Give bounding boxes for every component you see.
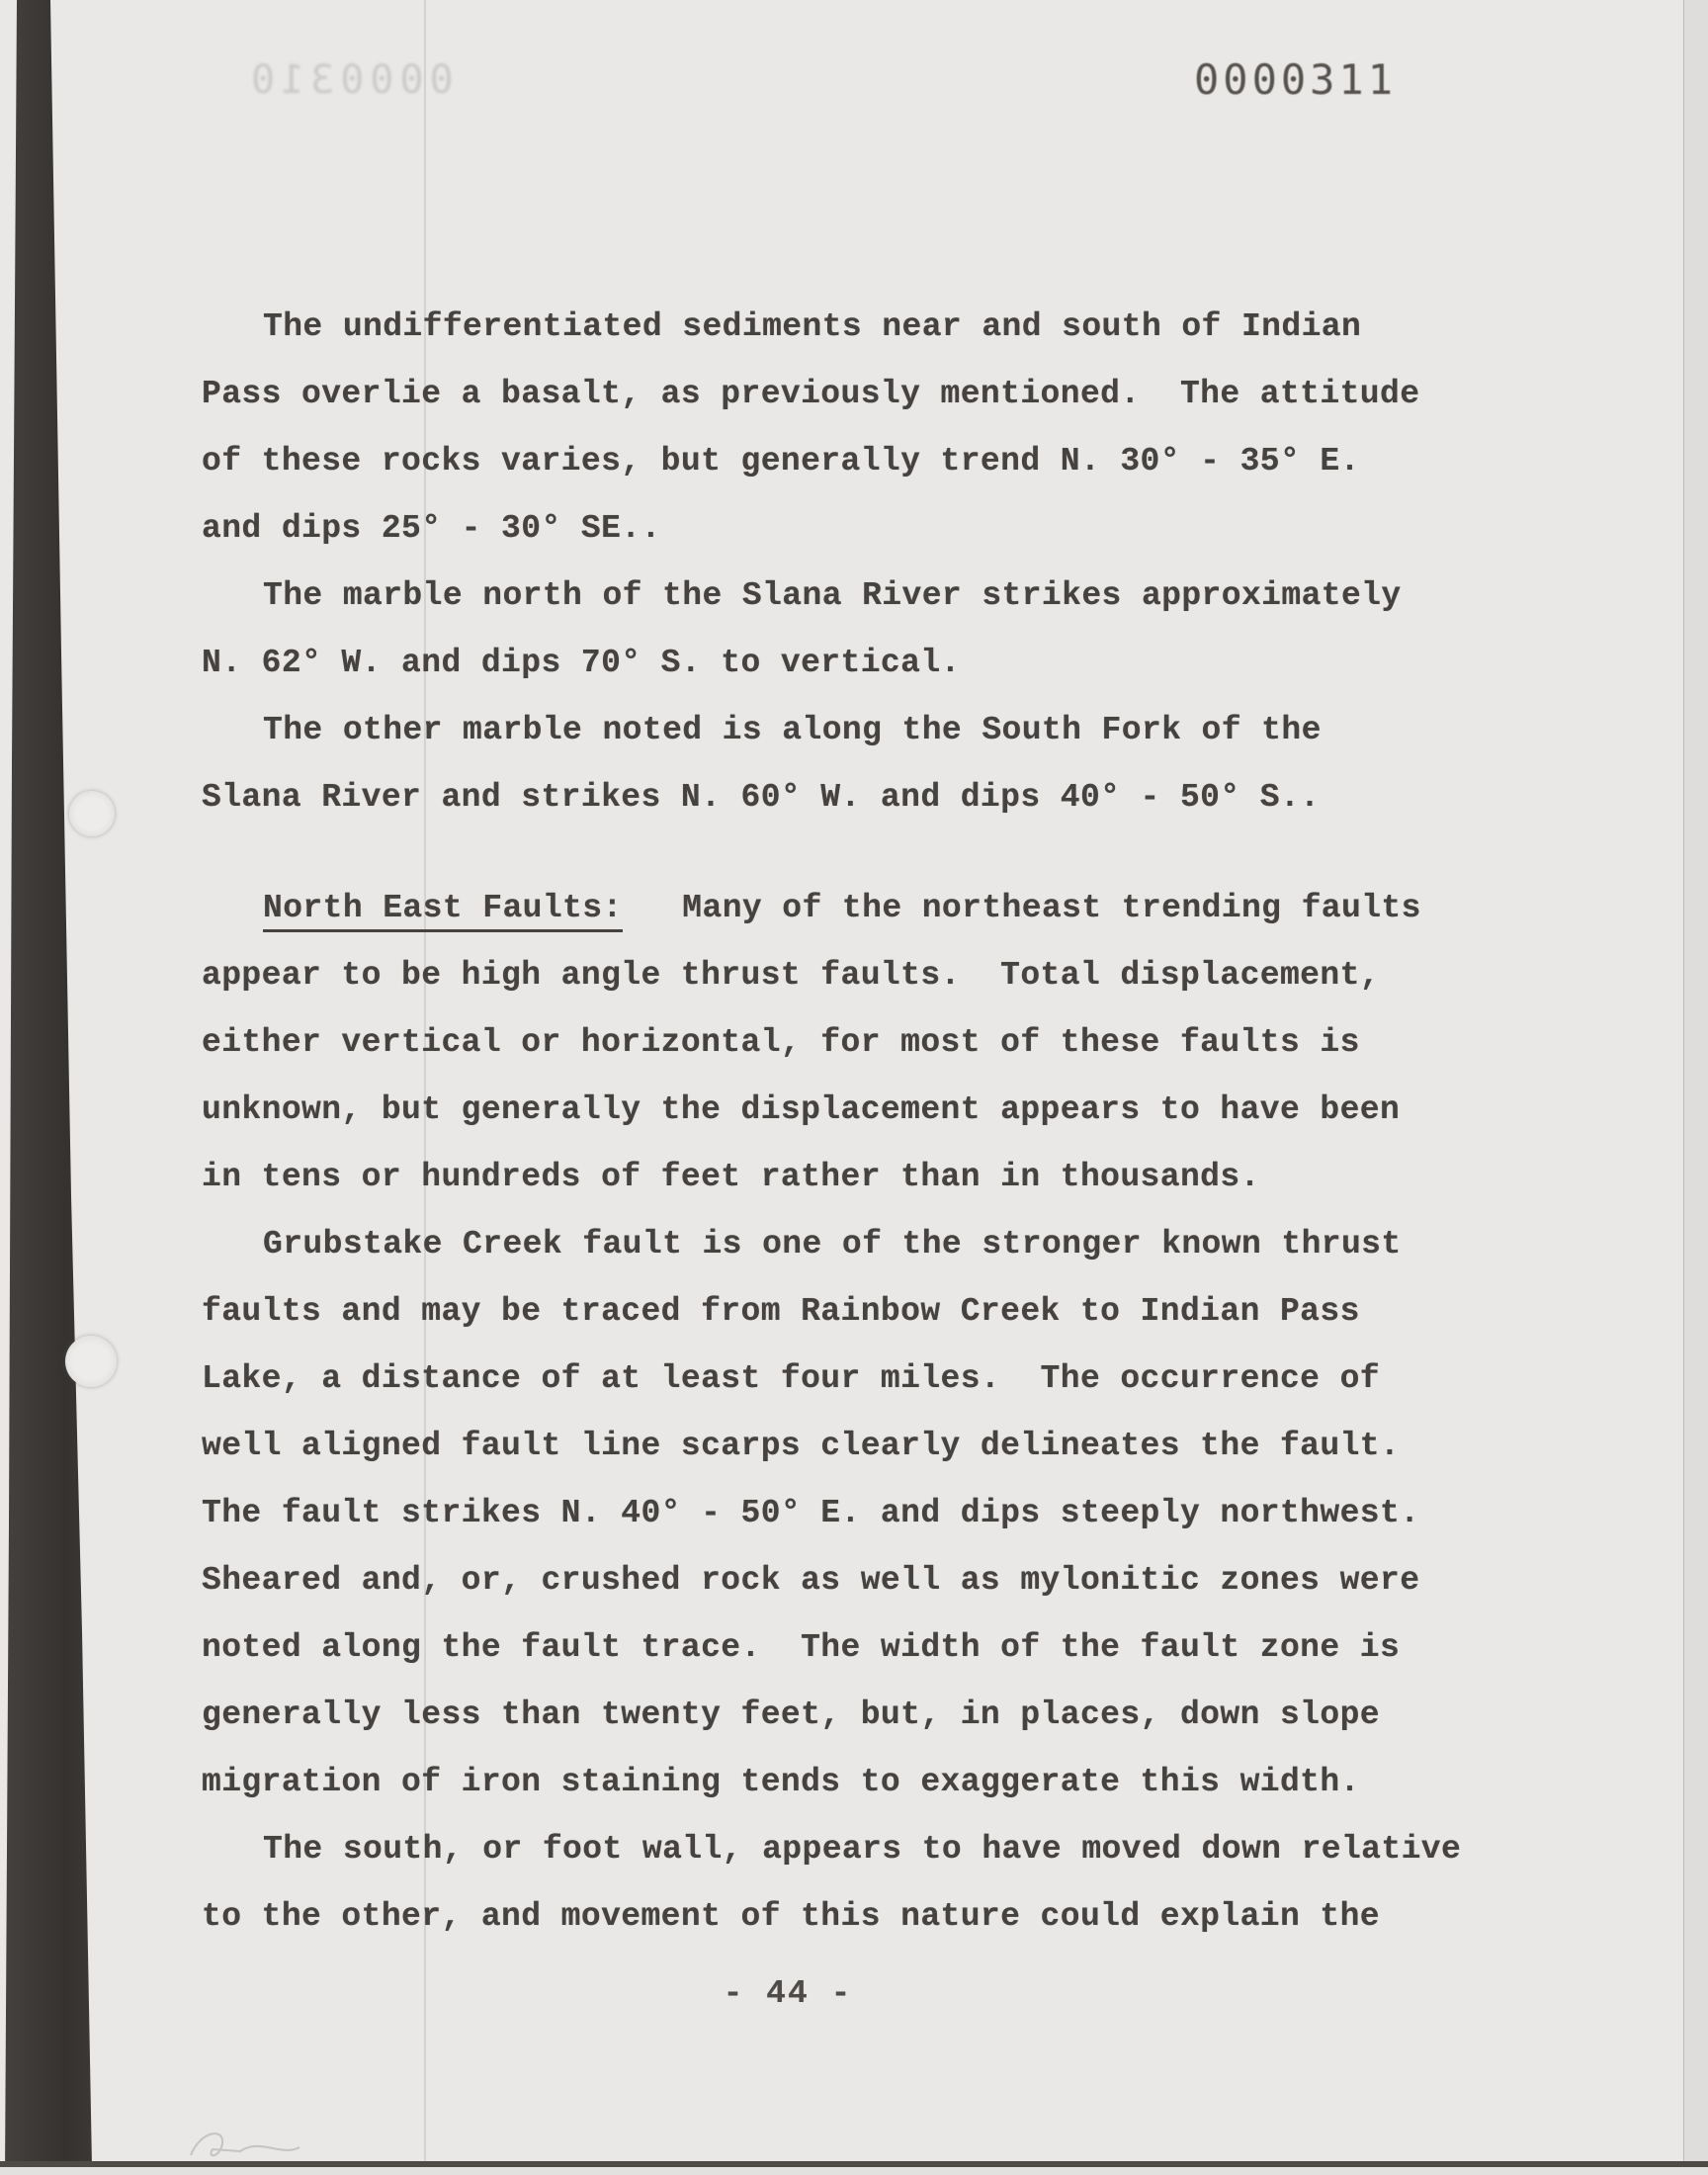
text-line: and dips 25° - 30° SE..	[202, 510, 661, 554]
section-heading-line: North East Faults: Many of the northeast…	[202, 890, 1421, 933]
paper-right-edge	[1683, 0, 1708, 2175]
text-line: The other marble noted is along the Sout…	[202, 712, 1322, 755]
text-line: Pass overlie a basalt, as previously men…	[202, 376, 1419, 419]
text-line: The undifferentiated sediments near and …	[202, 308, 1361, 352]
text-line: The marble north of the Slana River stri…	[202, 577, 1402, 621]
scanned-document-page: 0000310 0000311 The undifferentiated sed…	[0, 0, 1708, 2175]
text-line: appear to be high angle thrust faults. T…	[202, 957, 1380, 1000]
page-number: - 44 -	[689, 1975, 887, 2012]
text-line: to the other, and movement of this natur…	[202, 1898, 1380, 1942]
binding-shadow-band	[0, 0, 119, 2175]
text-line: either vertical or horizontal, for most …	[202, 1024, 1360, 1068]
punch-hole-top	[69, 791, 115, 836]
text-line: The south, or foot wall, appears to have…	[202, 1831, 1461, 1874]
text-line: Lake, a distance of at least four miles.…	[202, 1360, 1380, 1404]
text-line: of these rocks varies, but generally tre…	[202, 443, 1360, 486]
text-line: well aligned fault line scarps clearly d…	[202, 1428, 1400, 1471]
punch-hole-bottom	[65, 1336, 117, 1387]
text-line: Sheared and, or, crushed rock as well as…	[202, 1562, 1419, 1606]
text-line: noted along the fault trace. The width o…	[202, 1629, 1400, 1673]
text-line: migration of iron staining tends to exag…	[202, 1764, 1360, 1807]
text-line: N. 62° W. and dips 70° S. to vertical.	[202, 645, 961, 688]
scan-below-edge	[0, 2167, 1708, 2175]
text-line: generally less than twenty feet, but, in…	[202, 1696, 1380, 1740]
text-line: The fault strikes N. 40° - 50° E. and di…	[202, 1495, 1419, 1538]
text-line: in tens or hundreds of feet rather than …	[202, 1159, 1260, 1202]
text-line: unknown, but generally the displacement …	[202, 1091, 1400, 1135]
text-line: faults and may be traced from Rainbow Cr…	[202, 1293, 1360, 1337]
section-heading-rest: Many of the northeast trending faults	[623, 890, 1421, 926]
section-heading: North East Faults:	[263, 890, 623, 932]
text-line: Slana River and strikes N. 60° W. and di…	[202, 779, 1320, 823]
typewritten-text: The undifferentiated sediments near and …	[202, 0, 1487, 2175]
text-line: Grubstake Creek fault is one of the stro…	[202, 1226, 1402, 1269]
